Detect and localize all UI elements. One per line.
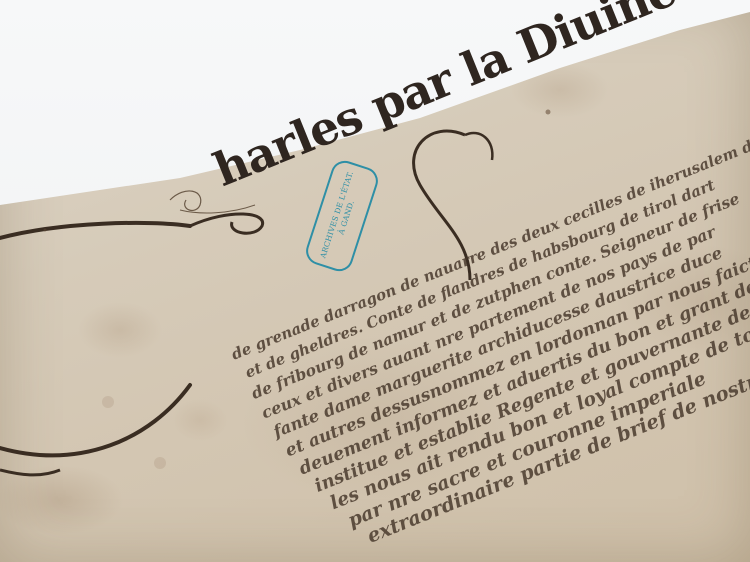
photo-scene: ARCHIVES DE L'ÉTAT. À GAND. Charles par … bbox=[0, 0, 750, 562]
